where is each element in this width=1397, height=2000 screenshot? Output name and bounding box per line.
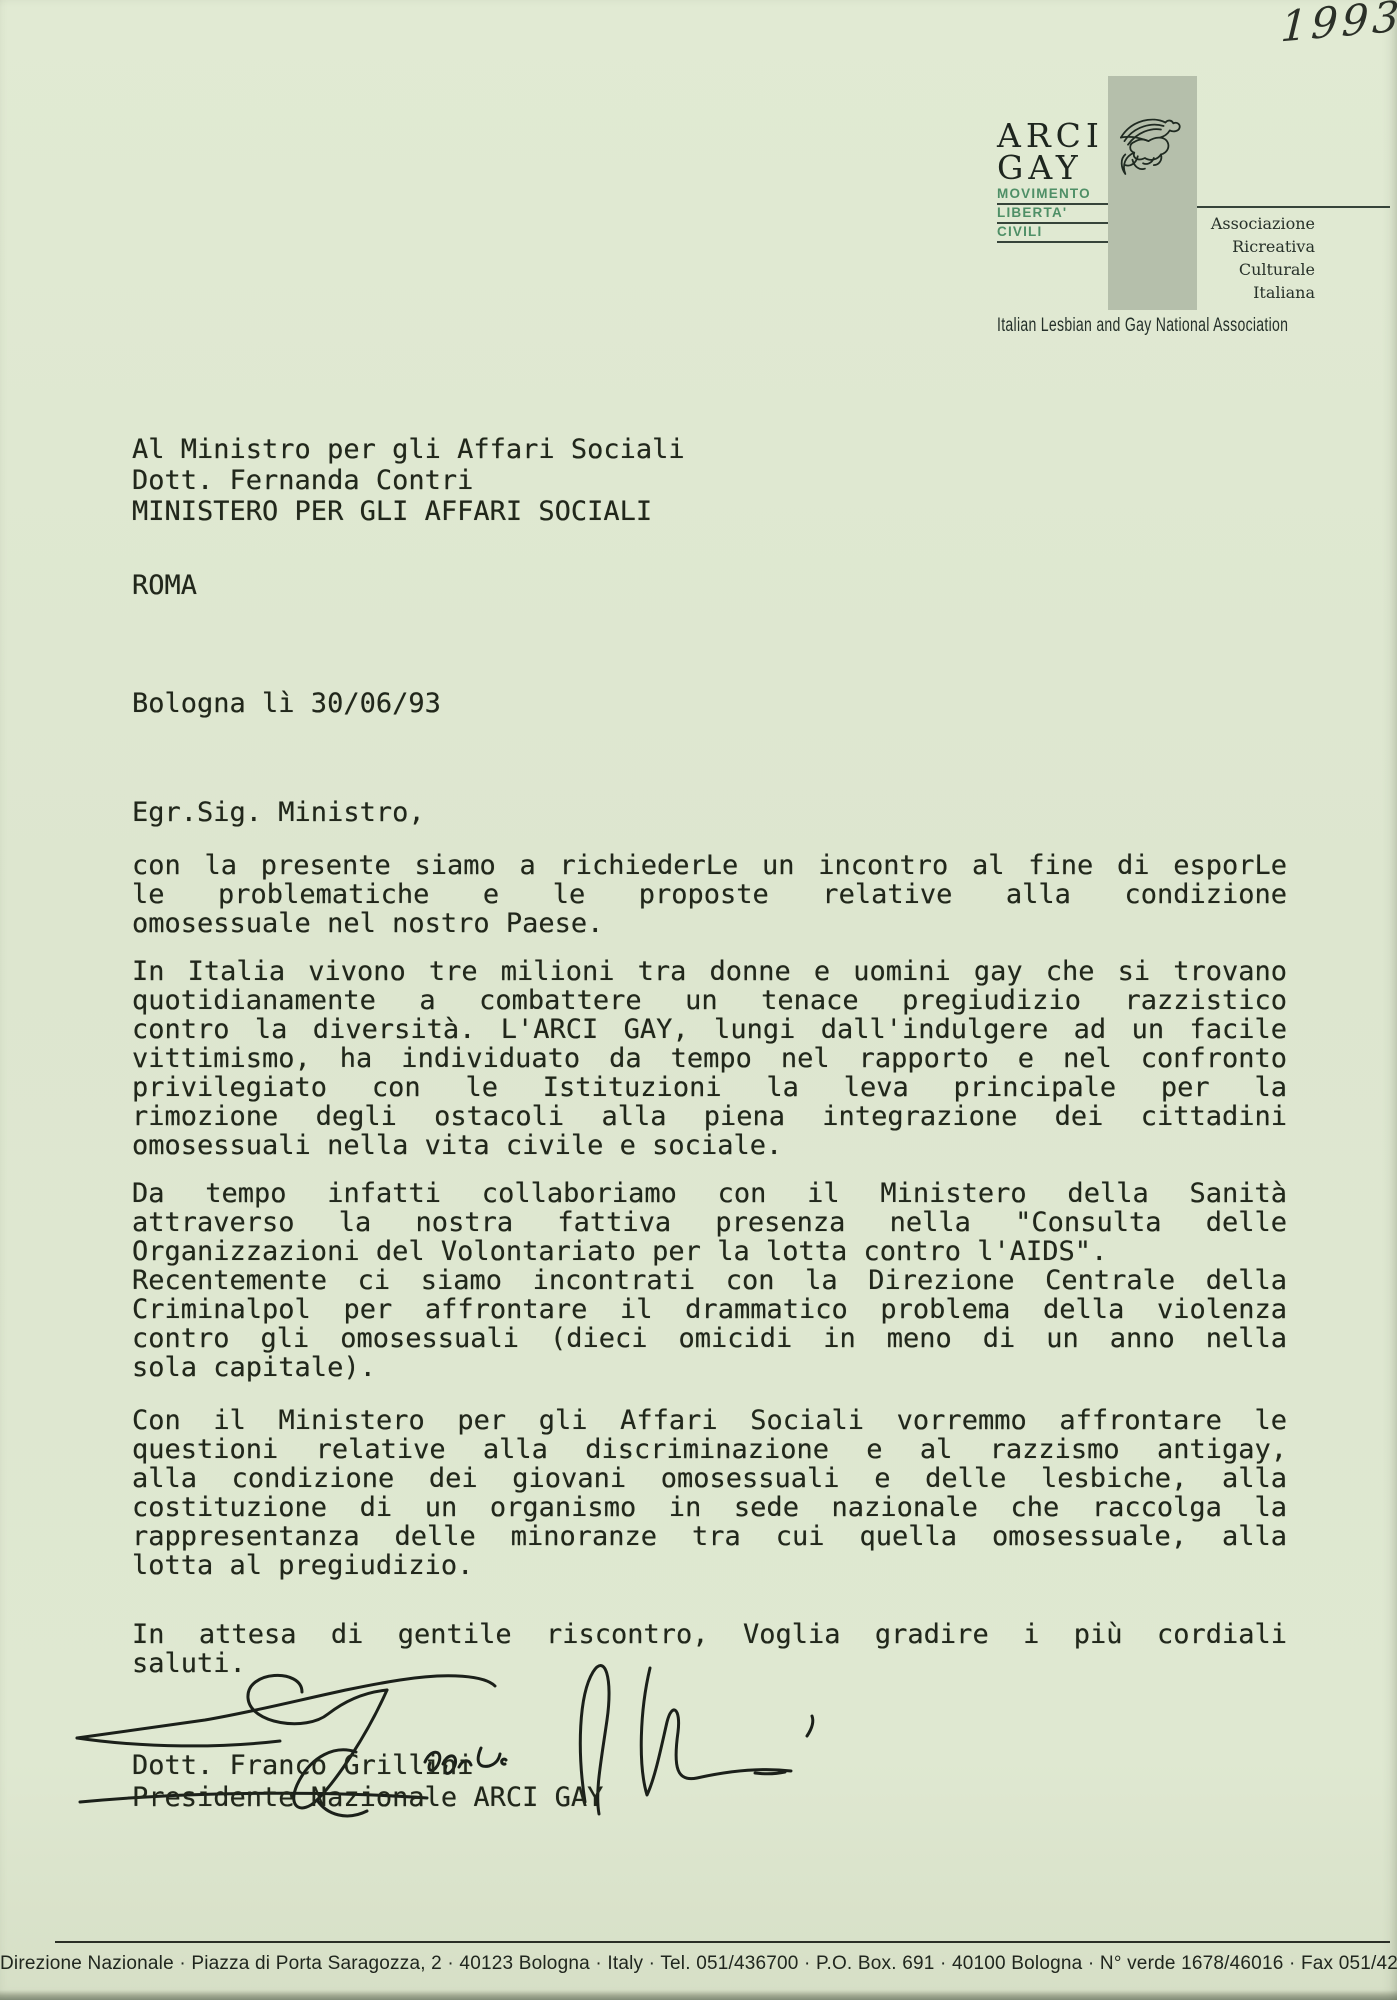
letter-line: In Italia vivono tre milioni tra donne e… — [132, 957, 1287, 986]
letter-line: rimozione degli ostacoli alla piena inte… — [132, 1102, 1287, 1131]
signatory-name: Dott. Franco Grillini — [132, 1750, 603, 1782]
scan-edge-bottom — [0, 1990, 1397, 2000]
footer-address: Direzione Nazionale · Piazza di Porta Sa… — [0, 1953, 1397, 1975]
letter-line: privilegiato con le Istituzioni la leva … — [132, 1073, 1287, 1102]
footer-rule — [55, 1941, 1390, 1943]
letter-line: Recentemente ci siamo incontrati con la … — [132, 1266, 1287, 1295]
letter-paragraph: In Italia vivono tre milioni tra donne e… — [132, 957, 1287, 1160]
letter-line: quotidianamente a combattere un tenace p… — [132, 986, 1287, 1015]
letter-line: rappresentanza delle minoranze tra cui q… — [132, 1522, 1287, 1551]
letter-line: alla condizione dei giovani omosessuali … — [132, 1464, 1287, 1493]
letter-paragraph: con la presente siamo a richiederLe un i… — [132, 851, 1287, 938]
letter-line: attraverso la nostra fattiva presenza ne… — [132, 1208, 1287, 1237]
letter-line: contro la diversità. L'ARCI GAY, lungi d… — [132, 1015, 1287, 1044]
letter-line: lotta al pregiudizio. — [132, 1551, 1287, 1580]
letter-line: Organizzazioni del Volontariato per la l… — [132, 1237, 1287, 1266]
letter-line: costituzione di un organismo in sede naz… — [132, 1493, 1287, 1522]
signature-block: Dott. Franco Grillini Presidente Naziona… — [132, 1750, 603, 1814]
letter-paragraph: Da tempo infatti collaboriamo con il Min… — [132, 1179, 1287, 1266]
letter-line: questioni relative alla discriminazione … — [132, 1435, 1287, 1464]
letter-paragraph: Con il Ministero per gli Affari Sociali … — [132, 1406, 1287, 1580]
letter-line: omosessuale nel nostro Paese. — [132, 909, 1287, 938]
letter-line: contro gli omosessuali (dieci omicidi in… — [132, 1324, 1287, 1353]
letter-line: Criminalpol per affrontare il drammatico… — [132, 1295, 1287, 1324]
letter-line: le problematiche e le proposte relative … — [132, 880, 1287, 909]
scanned-letter-page: 1993 ARCI GAY MOVIMENTO LIBERTA' CIVILI … — [0, 0, 1397, 2000]
signatory-title: Presidente Nazionale ARCI GAY — [132, 1782, 603, 1814]
letter-line: Da tempo infatti collaboriamo con il Min… — [132, 1179, 1287, 1208]
letter-line: omosessuali nella vita civile e sociale. — [132, 1131, 1287, 1160]
letter-line: con la presente siamo a richiederLe un i… — [132, 851, 1287, 880]
letter-line: Con il Ministero per gli Affari Sociali … — [132, 1406, 1287, 1435]
letter-line: vittimismo, ha individuato da tempo nel … — [132, 1044, 1287, 1073]
handwritten-year: 1993 — [1279, 0, 1397, 51]
letter-line: sola capitale). — [132, 1353, 1287, 1382]
signature-scrawl — [65, 1640, 825, 1845]
letter-paragraph: Recentemente ci siamo incontrati con la … — [132, 1266, 1287, 1382]
